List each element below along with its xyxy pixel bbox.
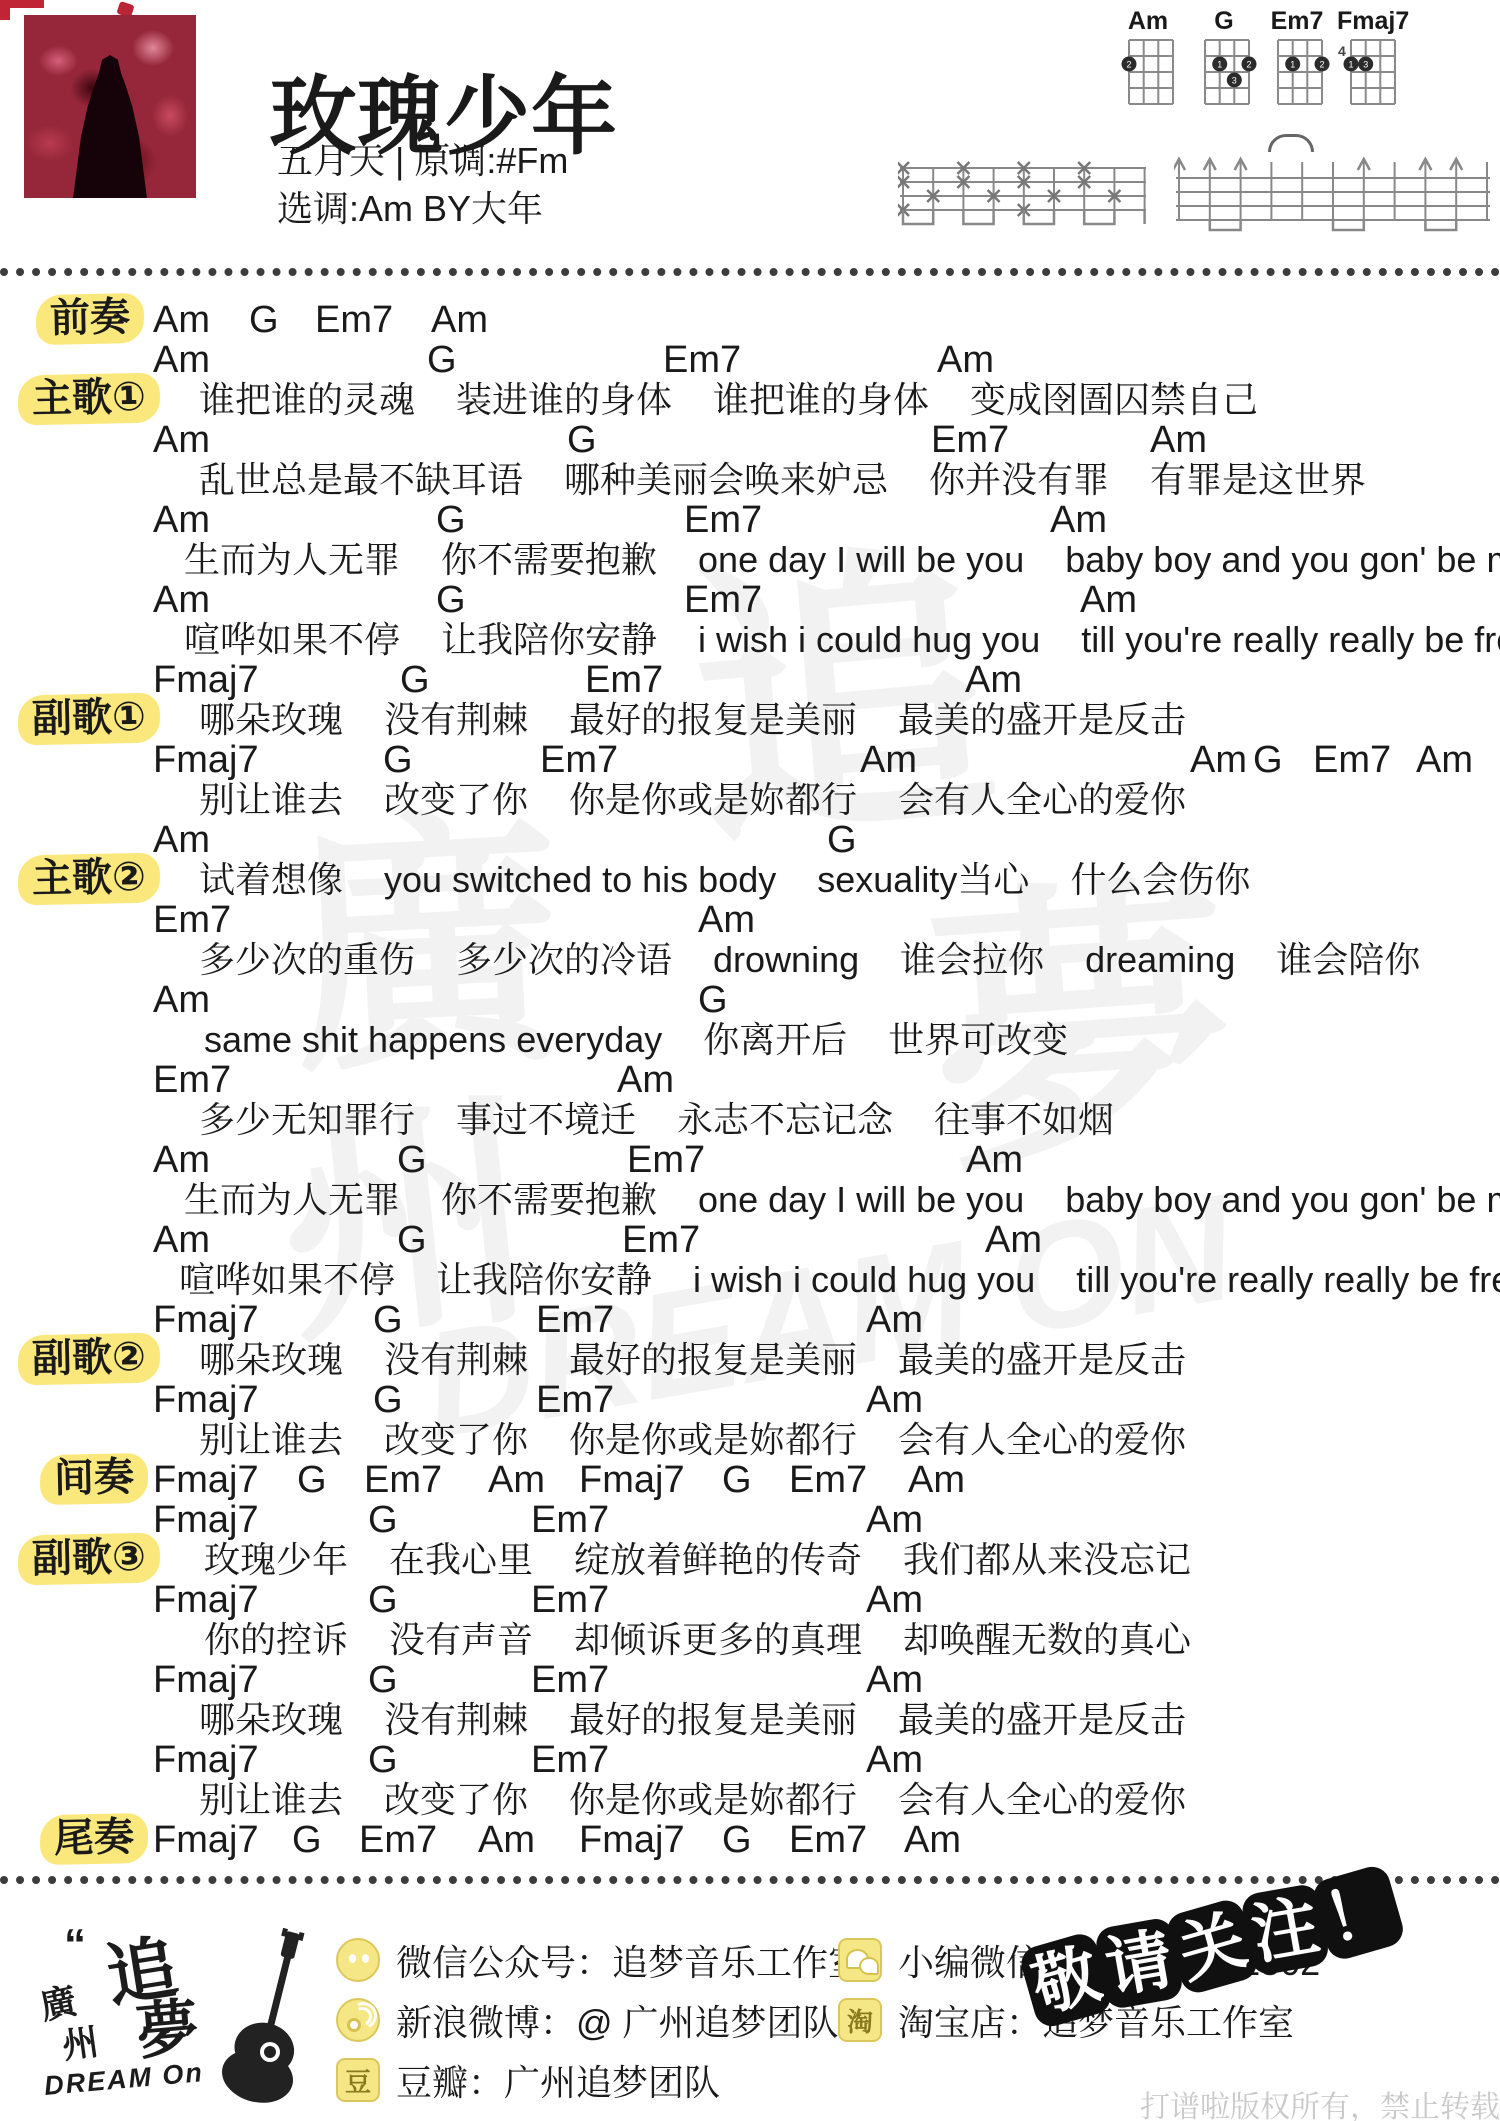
weibo-icon [336,1998,380,2042]
chord: Am [153,1220,210,1260]
chord: Am [1190,740,1247,780]
chord: G [722,1460,752,1500]
chord: G [368,1500,398,1540]
lyric-text: 别让谁去改变了你你是你或是妳都行会有人全心的爱你 [199,1780,1186,1820]
chord-line: AmGEm7Am [0,340,1500,380]
chord: Fmaj7 [153,1580,259,1620]
chord-line: Fmaj7GEm7Am [0,1660,1500,1700]
lyric-text: 别让谁去改变了你你是你或是妳都行会有人全心的爱你 [199,1420,1186,1460]
social-row: 豆豆瓣：广州追梦团队 [336,2056,720,2104]
chord-diagram-em7: Em712 [1264,6,1330,108]
lyric-line: 多少无知罪行事过不境迁永志不忘记念往事不如烟 [0,1100,1500,1140]
chord: Am [153,820,210,860]
lyric-text: 你的控诉没有声音却倾诉更多的真理却唤醒无数的真心 [204,1620,1191,1660]
chord: G [827,820,857,860]
studio-logo: “ 追 夢 廣 州 DREAM On [28,1922,328,2107]
wechatid-icon [838,1938,882,1982]
lyric-text: 多少次的重伤多少次的冷语drowning谁会拉你dreaming谁会陪你 [199,940,1420,980]
chord-line: AmGEm7Am [0,1140,1500,1180]
song-lines: 前奏AmGEm7AmAmGEm7Am主歌①谁把谁的灵魂装进谁的身体谁把谁的身体变… [0,300,1500,1860]
chord-line: AmGEm7Am [0,420,1500,460]
chord: Em7 [359,1820,437,1860]
strum-pattern-arrows [1174,154,1494,232]
album-art [24,15,196,198]
lyric-text: 乱世总是最不缺耳语哪种美丽会唤来妒忌你并没有罪有罪是这世界 [199,460,1366,500]
chord: Am [904,1820,961,1860]
svg-text:4: 4 [1338,43,1346,59]
chord: G [397,1220,427,1260]
lyric-line: 生而为人无罪你不需要抱歉one day I will be youbaby bo… [0,1180,1500,1220]
chord: G [436,580,466,620]
dotted-divider-top [0,268,1500,276]
chord: Am [431,300,488,340]
chord-line: Fmaj7GEm7Am [0,1500,1500,1540]
guitar-icon [218,1922,328,2107]
section-label: 副歌① [17,693,160,746]
chord: Em7 [531,1740,609,1780]
chord: Am [908,1460,965,1500]
section-label: 前奏 [35,293,144,345]
chord: G [368,1740,398,1780]
chord-line: Fmaj7GEm7AmAmGEm7Am [0,740,1500,780]
tie-arc [1268,134,1314,152]
chord: Am [153,300,210,340]
lyric-line: 副歌②哪朵玫瑰没有荆棘最好的报复是美丽最美的盛开是反击 [0,1340,1500,1380]
chord-diagram-label: Am [1115,6,1181,36]
chord: G [1253,740,1283,780]
svg-text:2: 2 [1319,60,1324,70]
svg-text:2: 2 [1246,60,1251,70]
chord: Am [153,420,210,460]
chord: G [368,1660,398,1700]
chord: Am [965,660,1022,700]
artist-line: 五月天 | 原调:#Fm [277,133,568,184]
lyric-line: 别让谁去改变了你你是你或是妳都行会有人全心的爱你 [0,1420,1500,1460]
chord: Em7 [622,1220,700,1260]
chord: Em7 [663,340,741,380]
logo-quote: “ [64,1920,86,1970]
section-label: 主歌② [17,853,160,906]
lyric-text: 谁把谁的灵魂装进谁的身体谁把谁的身体变成囹圄囚禁自己 [199,380,1258,420]
chord: Em7 [536,1380,614,1420]
chord: Fmaj7 [153,1460,259,1500]
lyric-text: 喧哗如果不停让我陪你安静i wish i could hug youtill y… [184,620,1500,660]
social-row: 新浪微博：@ 广州追梦团队 [336,1996,839,2044]
singer-silhouette [54,46,166,198]
svg-text:2: 2 [1126,60,1131,70]
lyric-line: 多少次的重伤多少次的冷语drowning谁会拉你dreaming谁会陪你 [0,940,1500,980]
lyric-text: 玫瑰少年在我心里绽放着鲜艳的传奇我们都从来没忘记 [204,1540,1191,1580]
chord: Em7 [931,420,1009,460]
chord: Fmaj7 [153,1300,259,1340]
chord: Am [478,1820,535,1860]
chord-line: Fmaj7GEm7Am [0,1580,1500,1620]
chord: Am [985,1220,1042,1260]
chord-line: Fmaj7GEm7Am [0,660,1500,700]
chord: Em7 [684,580,762,620]
lyric-line: same shit happens everyday你离开后世界可改变 [0,1020,1500,1060]
section-label: 主歌① [17,373,160,426]
chord: Em7 [789,1460,867,1500]
chord-diagram-label: G [1191,6,1257,36]
chord: Em7 [536,1300,614,1340]
chord: Em7 [789,1820,867,1860]
lyric-line: 哪朵玫瑰没有荆棘最好的报复是美丽最美的盛开是反击 [0,1700,1500,1740]
chord-line: Em7Am [0,1060,1500,1100]
chord: Am [698,900,755,940]
chord: Fmaj7 [579,1820,685,1860]
lyric-line: 别让谁去改变了你你是你或是妳都行会有人全心的爱你 [0,1780,1500,1820]
lyric-text: 别让谁去改变了你你是你或是妳都行会有人全心的爱你 [199,780,1186,820]
section-label: 副歌② [17,1333,160,1386]
chord: Fmaj7 [579,1460,685,1500]
chord: G [292,1820,322,1860]
lyric-text: 多少无知罪行事过不境迁永志不忘记念往事不如烟 [199,1100,1114,1140]
lyric-text: 哪朵玫瑰没有荆棘最好的报复是美丽最美的盛开是反击 [199,700,1186,740]
lyric-text: same shit happens everyday你离开后世界可改变 [204,1020,1068,1060]
chord: Am [937,340,994,380]
chord: Am [153,980,210,1020]
douban-icon: 豆 [336,2058,380,2102]
lyric-line: 主歌②试着想像you switched to his bodysexuality… [0,860,1500,900]
chord: Fmaj7 [153,660,259,700]
chord: Em7 [153,900,231,940]
chord-diagram-g: G123 [1191,6,1257,108]
svg-text:3: 3 [1232,76,1237,86]
lyric-text: 哪朵玫瑰没有荆棘最好的报复是美丽最美的盛开是反击 [199,1340,1186,1380]
chord: G [436,500,466,540]
chord: Em7 [1313,740,1391,780]
lyric-text: 试着想像you switched to his bodysexuality当心什… [199,860,1250,900]
svg-text:1: 1 [1290,60,1295,70]
chord-sheet-page: 玫瑰少年 五月天 | 原调:#Fm 选调:Am BY大年 Am2G123Em71… [0,0,1500,2121]
chord: Fmaj7 [153,1500,259,1540]
chord-line: 尾奏Fmaj7GEm7AmFmaj7GEm7Am [0,1820,1500,1860]
chord-line: AmG [0,980,1500,1020]
chord-line: AmGEm7Am [0,580,1500,620]
chord: Am [866,1580,923,1620]
chord-diagram-label: Fmaj7 [1337,6,1403,36]
svg-text:3: 3 [1363,60,1368,70]
chord: Fmaj7 [153,740,259,780]
chord-line: AmG [0,820,1500,860]
chord: Fmaj7 [153,1660,259,1700]
social-text: 微信公众号：追梦音乐工作室 [396,1935,864,1986]
chord: G [368,1580,398,1620]
section-label: 尾奏 [39,1813,148,1865]
svg-text:1: 1 [1348,60,1353,70]
chord: Am [153,580,210,620]
chord-line: AmGEm7Am [0,500,1500,540]
chord: G [249,300,279,340]
copyright-watermark: 打谱啦版权所有，禁止转载 [1140,2082,1500,2121]
chord: G [373,1300,403,1340]
chord: G [383,740,413,780]
chord: Em7 [540,740,618,780]
chord-line: 间奏Fmaj7GEm7AmFmaj7GEm7Am [0,1460,1500,1500]
chord: G [698,980,728,1020]
svg-text:1: 1 [1217,60,1222,70]
section-label: 副歌③ [17,1533,160,1586]
lyric-line: 主歌①谁把谁的灵魂装进谁的身体谁把谁的身体变成囹圄囚禁自己 [0,380,1500,420]
lyric-line: 喧哗如果不停让我陪你安静i wish i could hug youtill y… [0,1260,1500,1300]
chord-line: Fmaj7GEm7Am [0,1380,1500,1420]
social-row: 微信公众号：追梦音乐工作室 [336,1936,864,1984]
chord: Em7 [684,500,762,540]
chord-line: Fmaj7GEm7Am [0,1740,1500,1780]
lyric-text: 哪朵玫瑰没有荆棘最好的报复是美丽最美的盛开是反击 [199,1700,1186,1740]
chord: Em7 [585,660,663,700]
chord: Am [153,500,210,540]
lyric-line: 别让谁去改变了你你是你或是妳都行会有人全心的爱你 [0,780,1500,820]
lyric-text: 生而为人无罪你不需要抱歉one day I will be youbaby bo… [184,540,1500,580]
taobao-icon: 淘 [838,1998,882,2042]
lyric-line: 乱世总是最不缺耳语哪种美丽会唤来妒忌你并没有罪有罪是这世界 [0,460,1500,500]
chord-line: 前奏AmGEm7Am [0,300,1500,340]
chord: Am [488,1460,545,1500]
chord: G [722,1820,752,1860]
lyric-line: 你的控诉没有声音却倾诉更多的真理却唤醒无数的真心 [0,1620,1500,1660]
chord: Em7 [531,1500,609,1540]
section-label: 间奏 [39,1453,148,1505]
chord: Am [866,1300,923,1340]
chord: Am [966,1140,1023,1180]
chord-line: Em7Am [0,900,1500,940]
chord: Em7 [531,1580,609,1620]
chord: Am [153,1140,210,1180]
chord: G [297,1460,327,1500]
wechat-icon [336,1938,380,1982]
chord: Am [1080,580,1137,620]
chord: Am [866,1500,923,1540]
chord: Am [866,1740,923,1780]
chord: Fmaj7 [153,1380,259,1420]
chord: Am [1416,740,1473,780]
chord-diagram-am: Am2 [1115,6,1181,108]
chord: Am [617,1060,674,1100]
chord-diagram-fmaj7: Fmaj7413 [1337,6,1403,108]
key-line: 选调:Am BY大年 [277,181,543,232]
chord: G [373,1380,403,1420]
lyric-line: 副歌①哪朵玫瑰没有荆棘最好的报复是美丽最美的盛开是反击 [0,700,1500,740]
lyric-line: 喧哗如果不停让我陪你安静i wish i could hug youtill y… [0,620,1500,660]
chord: Am [860,740,917,780]
dotted-divider-bottom [0,1876,1500,1884]
chord: Am [866,1380,923,1420]
strum-pattern-muted [898,160,1150,232]
chord-line: Fmaj7GEm7Am [0,1300,1500,1340]
chord: Fmaj7 [153,1820,259,1860]
chord-line: AmGEm7Am [0,1220,1500,1260]
chord: G [567,420,597,460]
chord: Am [866,1660,923,1700]
chord: Em7 [531,1660,609,1700]
chord: Am [153,340,210,380]
lyric-line: 副歌③玫瑰少年在我心里绽放着鲜艳的传奇我们都从来没忘记 [0,1540,1500,1580]
chord: G [400,660,430,700]
chord: Em7 [315,300,393,340]
lyric-text: 喧哗如果不停让我陪你安静i wish i could hug youtill y… [179,1260,1500,1300]
chord: Em7 [153,1060,231,1100]
chord: Fmaj7 [153,1740,259,1780]
social-text: 豆瓣：广州追梦团队 [396,2055,720,2106]
lyric-line: 生而为人无罪你不需要抱歉one day I will be youbaby bo… [0,540,1500,580]
chord: G [427,340,457,380]
social-text: 新浪微博：@ 广州追梦团队 [396,1995,839,2046]
chord: Em7 [627,1140,705,1180]
chord: Am [1150,420,1207,460]
chord: Am [1050,500,1107,540]
chord-diagram-label: Em7 [1264,6,1330,36]
chord: G [397,1140,427,1180]
chord: Em7 [364,1460,442,1500]
lyric-text: 生而为人无罪你不需要抱歉one day I will be youbaby bo… [184,1180,1500,1220]
logo-char-zhou: 州 [59,2014,102,2070]
